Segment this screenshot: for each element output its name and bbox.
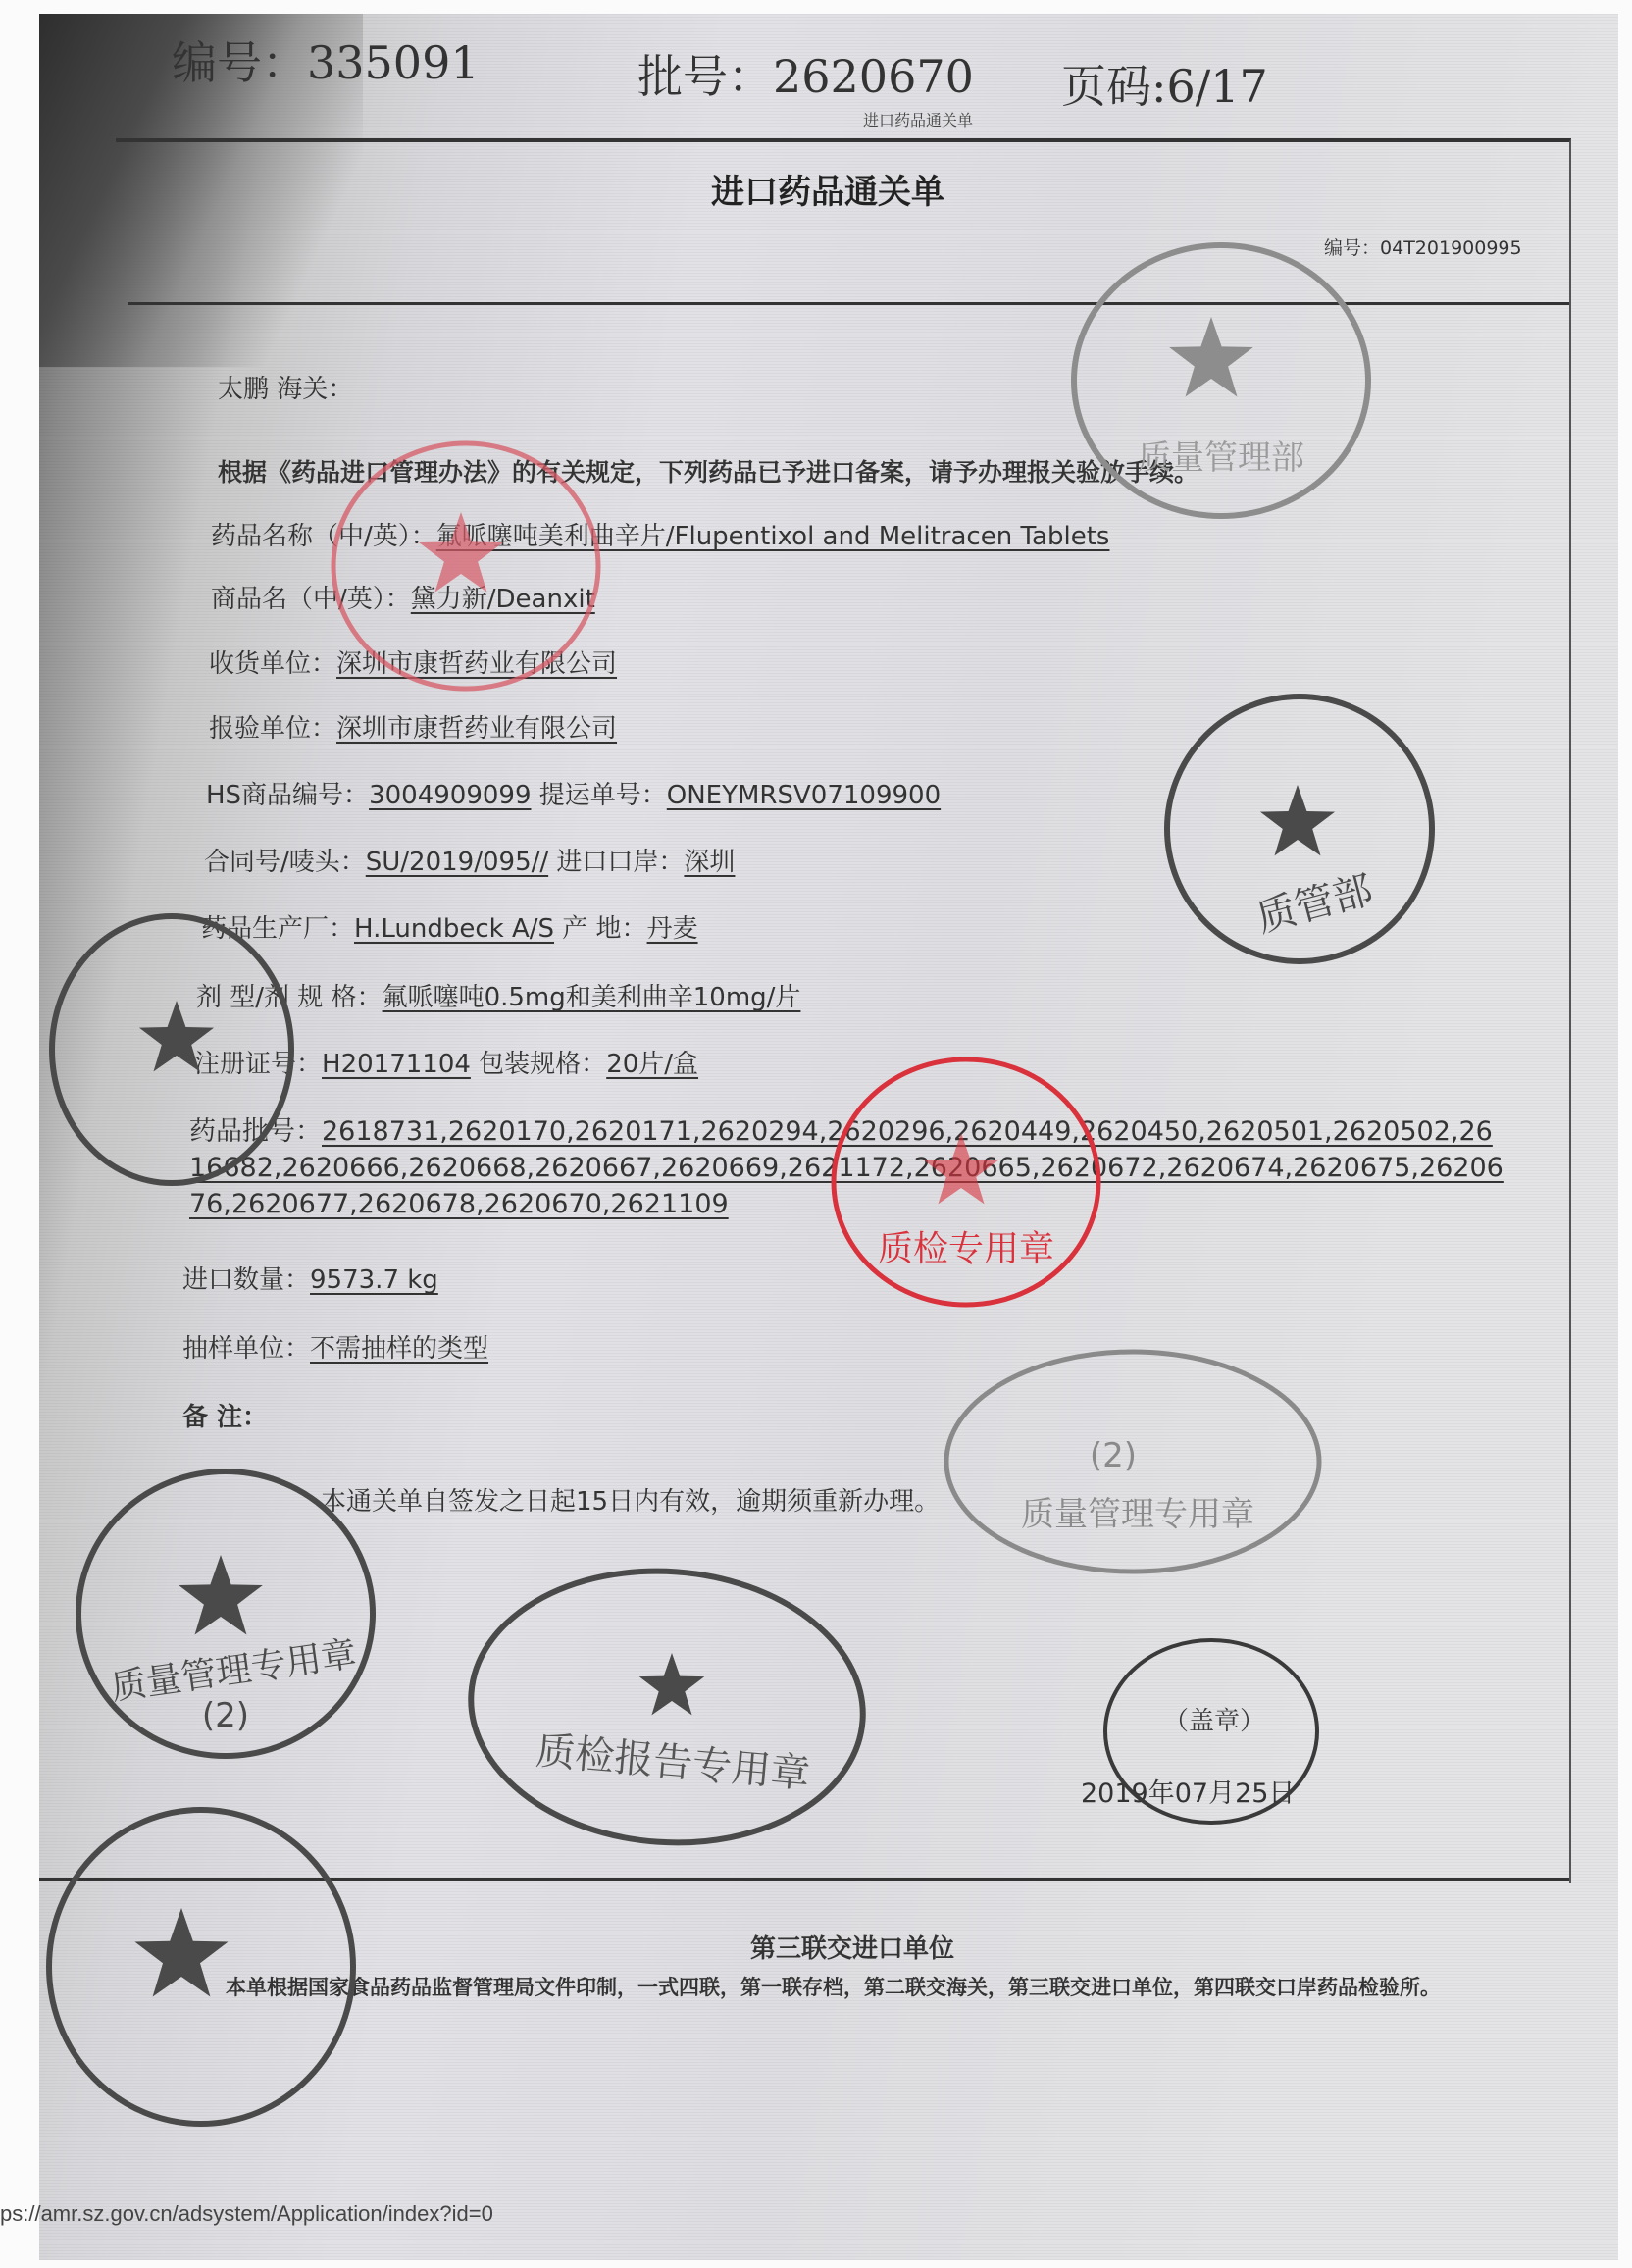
- field-quantity: 进口数量：9573.7 kg: [182, 1260, 438, 1296]
- batch-number: 批号：2620670: [637, 41, 974, 106]
- copy-title: 第三联交进口单位: [750, 1929, 954, 1965]
- batch-value: 2620670: [773, 50, 974, 103]
- lot-line-2: 16682,2620666,2620668,2620667,2620669,26…: [189, 1153, 1504, 1183]
- field-value: 20片/盒: [606, 1050, 698, 1079]
- field-label: 产 地：: [562, 914, 646, 944]
- doc-number-label: 编号：: [1324, 237, 1380, 259]
- field-hs-code: HS商品编号：3004909099 提运单号：ONEYMRSV07109900: [206, 775, 941, 811]
- sign-date: 2019年07月25日: [1081, 1772, 1295, 1810]
- field-inspection-unit: 报验单位：深圳市康哲药业有限公司: [209, 708, 617, 745]
- field-value: 氟哌噻吨美利曲辛片/Flupentixol and Melitracen Tab…: [436, 522, 1110, 551]
- field-label: 进口口岸：: [556, 848, 684, 877]
- field-manufacturer: 药品生产厂：H.Lundbeck A/S 产 地：丹麦: [201, 908, 698, 945]
- field-label: 抽样单位：: [182, 1334, 310, 1364]
- field-value: 丹麦: [647, 914, 698, 944]
- field-label: 注册证号：: [194, 1050, 322, 1079]
- lot-line-1: 2618731,2620170,2620171,2620294,2620296,…: [322, 1116, 1493, 1147]
- field-value: 黛力新/Deanxit: [411, 585, 595, 614]
- remarks-label: 备 注：: [182, 1397, 268, 1433]
- field-label: 提运单号：: [539, 781, 667, 810]
- field-registration: 注册证号：H20171104 包装规格：20片/盒: [194, 1044, 698, 1080]
- page-number: 页码:6/17: [1061, 51, 1268, 116]
- field-label: 剂 型/剂 规 格：: [196, 983, 382, 1012]
- field-value: H20171104: [322, 1050, 471, 1079]
- field-value: 氟哌噻吨0.5mg和美利曲辛10mg/片: [382, 983, 801, 1012]
- doc-number-value: 04T201900995: [1380, 237, 1522, 259]
- field-label: 药品批号：: [189, 1116, 322, 1147]
- subcaption: 进口药品通关单: [863, 108, 973, 130]
- validity-note: 本通关单自签发之日起15日内有效，逾期须重新办理。: [321, 1481, 940, 1518]
- field-value: SU/2019/095//: [366, 848, 548, 877]
- serial-value: 335091: [307, 36, 480, 89]
- intro-text: 根据《药品进口管理办法》的有关规定，下列药品已予进口备案，请予办理报关验放手续。: [218, 453, 1198, 489]
- field-label: 商品名（中/英）：: [211, 585, 411, 614]
- field-consignee: 收货单位：深圳市康哲药业有限公司: [209, 644, 617, 680]
- field-label: 药品生产厂：: [201, 914, 354, 944]
- field-label: 药品名称（中/英）：: [211, 522, 436, 551]
- batch-label: 批号：: [637, 50, 773, 103]
- field-lot-numbers: 药品批号：2618731,2620170,2620171,2620294,262…: [189, 1113, 1504, 1222]
- field-value: 深圳: [684, 848, 735, 877]
- field-value: 深圳市康哲药业有限公司: [336, 649, 617, 679]
- field-value: 3004909099: [369, 781, 531, 810]
- title-divider: [127, 302, 1569, 305]
- field-contract: 合同号/唛头：SU/2019/095// 进口口岸：深圳: [204, 842, 735, 878]
- field-sampling: 抽样单位：不需抽样的类型: [182, 1328, 488, 1365]
- footer-divider: [39, 1878, 1569, 1881]
- field-value: H.Lundbeck A/S: [354, 914, 554, 944]
- page-label: 页码:: [1061, 60, 1167, 113]
- footer-note: 本单根据国家食品药品监督管理局文件印制，一式四联，第一联存档，第二联交海关，第三…: [226, 1972, 1441, 2001]
- field-label: HS商品编号：: [206, 781, 369, 810]
- field-value: 不需抽样的类型: [310, 1334, 488, 1364]
- field-label: 进口数量：: [182, 1265, 310, 1295]
- field-drug-name: 药品名称（中/英）：氟哌噻吨美利曲辛片/Flupentixol and Meli…: [211, 516, 1109, 552]
- lot-line-3: 76,2620677,2620678,2620670,2621109: [189, 1189, 729, 1219]
- field-value: 深圳市康哲药业有限公司: [336, 714, 617, 744]
- field-value: 9573.7 kg: [310, 1265, 438, 1295]
- serial-number: 编号：335091: [172, 27, 480, 92]
- field-value: ONEYMRSV07109900: [667, 781, 941, 810]
- serial-label: 编号：: [172, 36, 307, 89]
- doc-number: 编号：04T201900995: [1324, 233, 1522, 260]
- field-spec: 剂 型/剂 规 格：氟哌噻吨0.5mg和美利曲辛10mg/片: [196, 977, 800, 1013]
- field-label: 报验单位：: [209, 714, 336, 744]
- field-label: 包装规格：: [479, 1050, 606, 1079]
- field-label: 合同号/唛头：: [204, 848, 366, 877]
- page-value: 6/17: [1167, 60, 1268, 113]
- addressee: 太鹏 海关：: [218, 369, 353, 405]
- form-title: 进口药品通关单: [711, 165, 944, 213]
- source-url: ps://amr.sz.gov.cn/adsystem/Application/…: [0, 2201, 493, 2227]
- field-label: 收货单位：: [209, 649, 336, 679]
- field-trade-name: 商品名（中/英）：黛力新/Deanxit: [211, 579, 595, 615]
